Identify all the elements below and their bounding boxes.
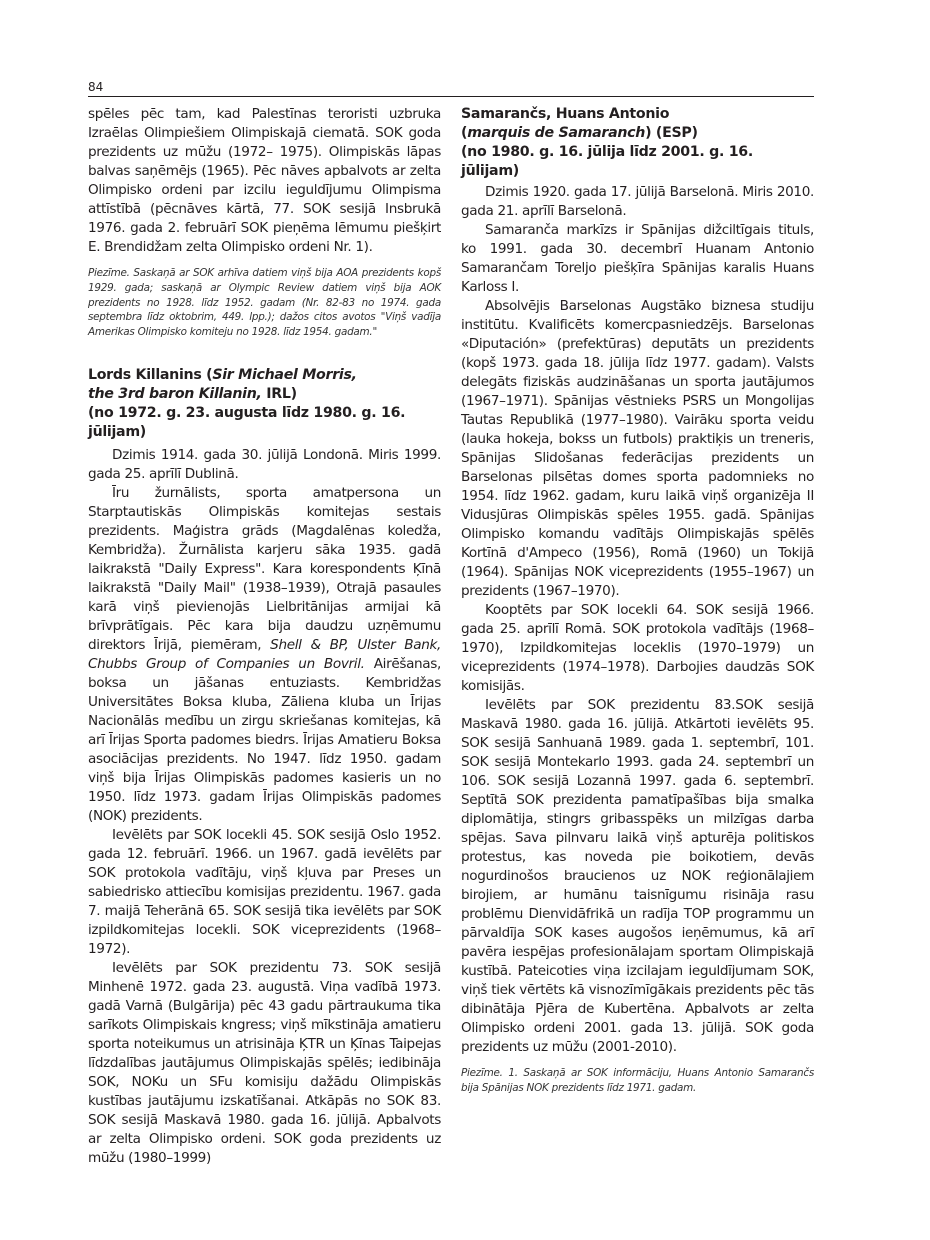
- continuation-paragraph: spēles pēc tam, kad Palestīnas teroristi…: [88, 105, 441, 257]
- heading-line-1: Lords Killanins (Sir Michael Morris,: [88, 366, 441, 385]
- heading-line-3-term: (no 1972. g. 23. augusta līdz 1980. g. 1…: [88, 404, 441, 442]
- header-rule: [88, 96, 814, 97]
- heading-line-3-term: (no 1980. g. 16. jūlija līdz 2001. g. 16…: [461, 143, 814, 181]
- right-column: Samarančs, Huans Antonio (marquis de Sam…: [461, 105, 814, 1096]
- section-heading-samaranch: Samarančs, Huans Antonio (marquis de Sam…: [461, 105, 814, 181]
- section-heading-killanin: Lords Killanins (Sir Michael Morris, the…: [88, 366, 441, 442]
- heading-line-2: the 3rd baron Killanin, IRL): [88, 385, 441, 404]
- body-paragraph: Ievēlēts par SOK locekli 45. SOK sesijā …: [88, 826, 441, 959]
- heading-line-2: (marquis de Samaranch) (ESP): [461, 124, 814, 143]
- body-paragraph: Samaranča markīzs ir Spānijas dižciltīga…: [461, 221, 814, 297]
- body-paragraph: Ievēlēts par SOK prezidentu 73. SOK sesi…: [88, 959, 441, 1168]
- body-paragraph: Dzimis 1914. gada 30. jūlijā Londonā. Mi…: [88, 446, 441, 484]
- body-paragraph: Ievēlēts par SOK prezidentu 83.SOK sesij…: [461, 696, 814, 1057]
- left-column: spēles pēc tam, kad Palestīnas teroristi…: [88, 105, 441, 1168]
- body-paragraph: Īru žurnālists, sporta amatpersona un St…: [88, 484, 441, 826]
- footnote-brundage: Piezīme. Saskaņā ar SOK arhīva datiem vi…: [88, 266, 441, 340]
- heading-line-1: Samarančs, Huans Antonio: [461, 105, 814, 124]
- page-number: 84: [88, 80, 103, 94]
- footnote-samaranch: Piezīme. 1. Saskaņā ar SOK informāciju, …: [461, 1066, 814, 1096]
- body-paragraph: Absolvējis Barselonas Augstāko biznesa s…: [461, 297, 814, 601]
- body-paragraph: Kooptēts par SOK locekli 64. SOK sesijā …: [461, 601, 814, 696]
- body-paragraph: Dzimis 1920. gada 17. jūlijā Barselonā. …: [461, 183, 814, 221]
